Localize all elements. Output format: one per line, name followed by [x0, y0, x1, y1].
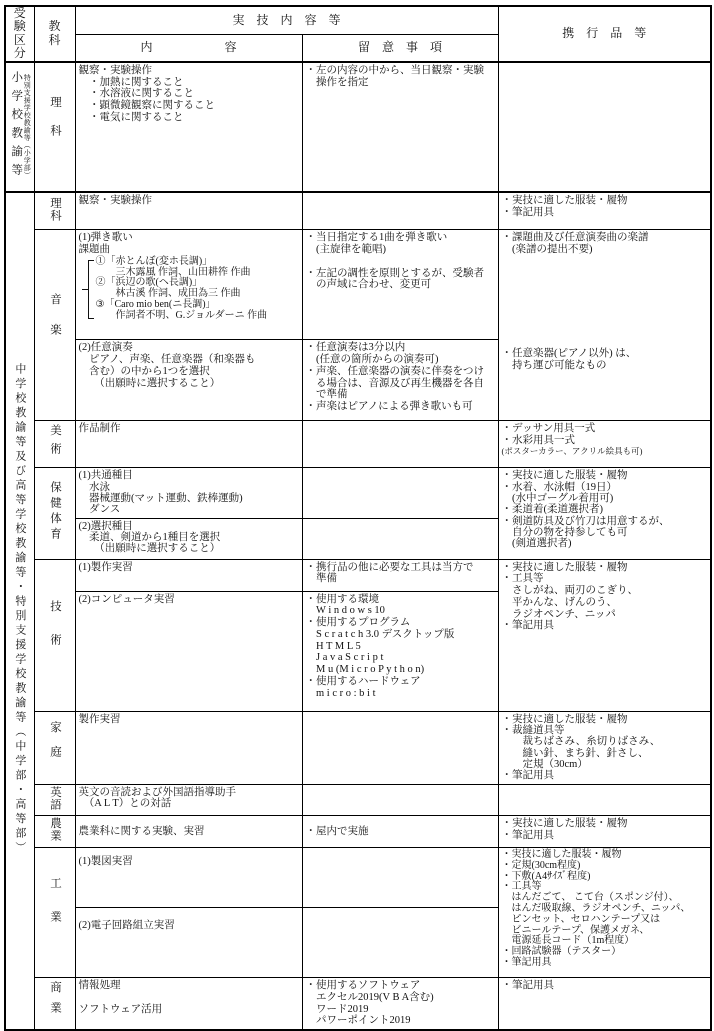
english-notes — [302, 784, 498, 816]
header-notes: 留 意 事 項 — [302, 35, 498, 62]
home-items: ・実技に適した服装・履物 ・裁縫道具等 裁ちばさみ、糸切りばさみ、 縫い針、まち… — [498, 711, 711, 784]
pe-notes-2 — [302, 518, 498, 559]
tech-content-1: (1)製作実習 — [75, 559, 302, 591]
english-content: 英文の音読および外国語指導助手 （A L T）との対話 — [75, 784, 302, 816]
music-content-2: (2)任意演奏 ピアノ、声楽、任意楽器（和楽器も 含む）の中から1つを選択 （出… — [75, 340, 302, 421]
header-content: 内 容 — [75, 35, 302, 62]
exam-table: 受験 区分 教 科 実 技 内 容 等 携 行 品 等 内 容 留 意 事 項 … — [4, 5, 712, 1031]
industry-items: ・実技に適した服装・履物 ・定規(30cm程度) ・下敷(A4ｻｲｽﾞ程度) ・… — [498, 848, 711, 978]
pe-content-2: (2)選択種目 柔道、剣道から1種目を選択 （出願時に選択すること） — [75, 518, 302, 559]
art-notes — [302, 421, 498, 468]
commerce-items: ・筆記用具 — [498, 978, 711, 1031]
music-content-intro: (1)弾き歌い 課題曲 — [79, 232, 299, 256]
bracket-tick — [82, 289, 88, 290]
subject-art: 美術 — [34, 421, 75, 468]
elementary-science-content: 観察・実験操作 ・加熱に関すること ・水溶液に関すること ・顕微鏡観察に関するこ… — [75, 62, 302, 192]
header-subject: 教 科 — [34, 6, 75, 62]
art-items-note: (ポスターカラー、アクリル絵具も可) — [502, 447, 708, 457]
art-content: 作品制作 — [75, 421, 302, 468]
subject-commerce: 商業 — [34, 978, 75, 1031]
subject-science: 理科 — [34, 192, 75, 230]
subject-elementary-science: 理科 — [34, 62, 75, 192]
tech-items: ・実技に適した服装・履物 ・工具等 さしがね、両刃のこぎり、 平かんな、げんのう… — [498, 559, 711, 711]
music-notes-1: ・当日指定する1曲を弾き歌い (主旋律を範唱) ・左記の調性を原則とするが、受験… — [302, 230, 498, 340]
art-items-main: ・デッサン用具一式 ・水彩用具一式 — [502, 423, 708, 447]
music-content-1: (1)弾き歌い 課題曲 ①「赤とんぼ(変ホ長調)」 三木露風 作詞、山田耕筰 作… — [75, 230, 302, 340]
subject-industry: 工業 — [34, 848, 75, 978]
commerce-notes: ・使用するソフトウェア エクセル2019(V B A含む) ワード2019 パワ… — [302, 978, 498, 1031]
pe-content-1: (1)共通種目 水泳 器械運動(マット運動、鉄棒運動) ダンス — [75, 468, 302, 518]
agriculture-notes: ・屋内で実施 — [302, 816, 498, 848]
pe-notes-1 — [302, 468, 498, 518]
agriculture-items: ・実技に適した服装・履物 ・筆記用具 — [498, 816, 711, 848]
subject-pe: 保健体育 — [34, 468, 75, 559]
science-content: 観察・実験操作 — [75, 192, 302, 230]
cell-elementary-category: 小学校教諭等 特別支援学校教諭等（小学部） — [5, 62, 34, 192]
subject-tech: 技術 — [34, 559, 75, 711]
home-notes — [302, 711, 498, 784]
tech-notes-2: ・使用する環境 W i n d o w s 10 ・使用するプログラム S c … — [302, 591, 498, 711]
elementary-science-notes: ・左の内容の中から、当日観察・実験 操作を指定 — [302, 62, 498, 192]
secondary-category-label: 中学校教諭等及び高等学校教諭等・特別支援学校教諭等（中学部・高等部） — [14, 363, 26, 856]
subject-english: 英語 — [34, 784, 75, 816]
home-content: 製作実習 — [75, 711, 302, 784]
elementary-category-label: 小学校教諭等 — [9, 71, 22, 182]
header-exam-category: 受験 区分 — [5, 6, 34, 62]
tech-notes-1: ・携行品の他に必要な工具は当方で 準備 — [302, 559, 498, 591]
elementary-category-sublabel: 特別支援学校教諭等（小学部） — [23, 74, 30, 179]
header-practical-content: 実 技 内 容 等 — [75, 6, 498, 35]
music-songs-list: ①「赤とんぼ(変ホ長調)」 三木露風 作詞、山田耕筰 作曲 ②「浜辺の歌(ヘ長調… — [96, 257, 299, 322]
cell-secondary-category: 中学校教諭等及び高等学校教諭等・特別支援学校教諭等（中学部・高等部） — [5, 192, 34, 1030]
pe-items: ・実技に適した服装・履物 ・水着、水泳帽（19日） (水中ゴーグル着用可) ・柔… — [498, 468, 711, 559]
agriculture-content: 農業科に関する実験、実習 — [75, 816, 302, 848]
tech-content-2: (2)コンピュータ実習 — [75, 591, 302, 711]
subject-home: 家庭 — [34, 711, 75, 784]
music-items-2: ・任意楽器(ピアノ以外) は、 持ち運び可能なもの — [502, 348, 708, 372]
subject-agriculture: 農業 — [34, 816, 75, 848]
industry-content-2: (2)電子回路組立実習 — [75, 908, 302, 978]
header-items: 携 行 品 等 — [498, 6, 711, 62]
document-sheet: 受験 区分 教 科 実 技 内 容 等 携 行 品 等 内 容 留 意 事 項 … — [0, 0, 714, 1031]
industry-content-1: (1)製図実習 — [75, 848, 302, 908]
industry-notes-1 — [302, 848, 498, 908]
music-items: ・課題曲及び任意演奏曲の楽譜 (楽譜の提出不要) ・任意楽器(ピアノ以外) は、… — [498, 230, 711, 421]
music-notes-2: ・任意演奏は3分以内 (任意の箇所からの演奏可) ・声楽、任意楽器の演奏に伴奏を… — [302, 340, 498, 421]
music-items-1: ・課題曲及び任意演奏曲の楽譜 (楽譜の提出不要) — [502, 232, 708, 256]
subject-music: 音楽 — [34, 230, 75, 421]
science-items: ・実技に適した服装・履物 ・筆記用具 — [498, 192, 711, 230]
english-items — [498, 784, 711, 816]
science-notes — [302, 192, 498, 230]
industry-notes-2 — [302, 908, 498, 978]
elementary-science-items — [498, 62, 711, 192]
art-items: ・デッサン用具一式 ・水彩用具一式 (ポスターカラー、アクリル絵具も可) — [498, 421, 711, 468]
music-songs-bracket: ①「赤とんぼ(変ホ長調)」 三木露風 作詞、山田耕筰 作曲 ②「浜辺の歌(ヘ長調… — [88, 257, 299, 322]
commerce-content: 情報処理 ソフトウェア活用 — [75, 978, 302, 1031]
